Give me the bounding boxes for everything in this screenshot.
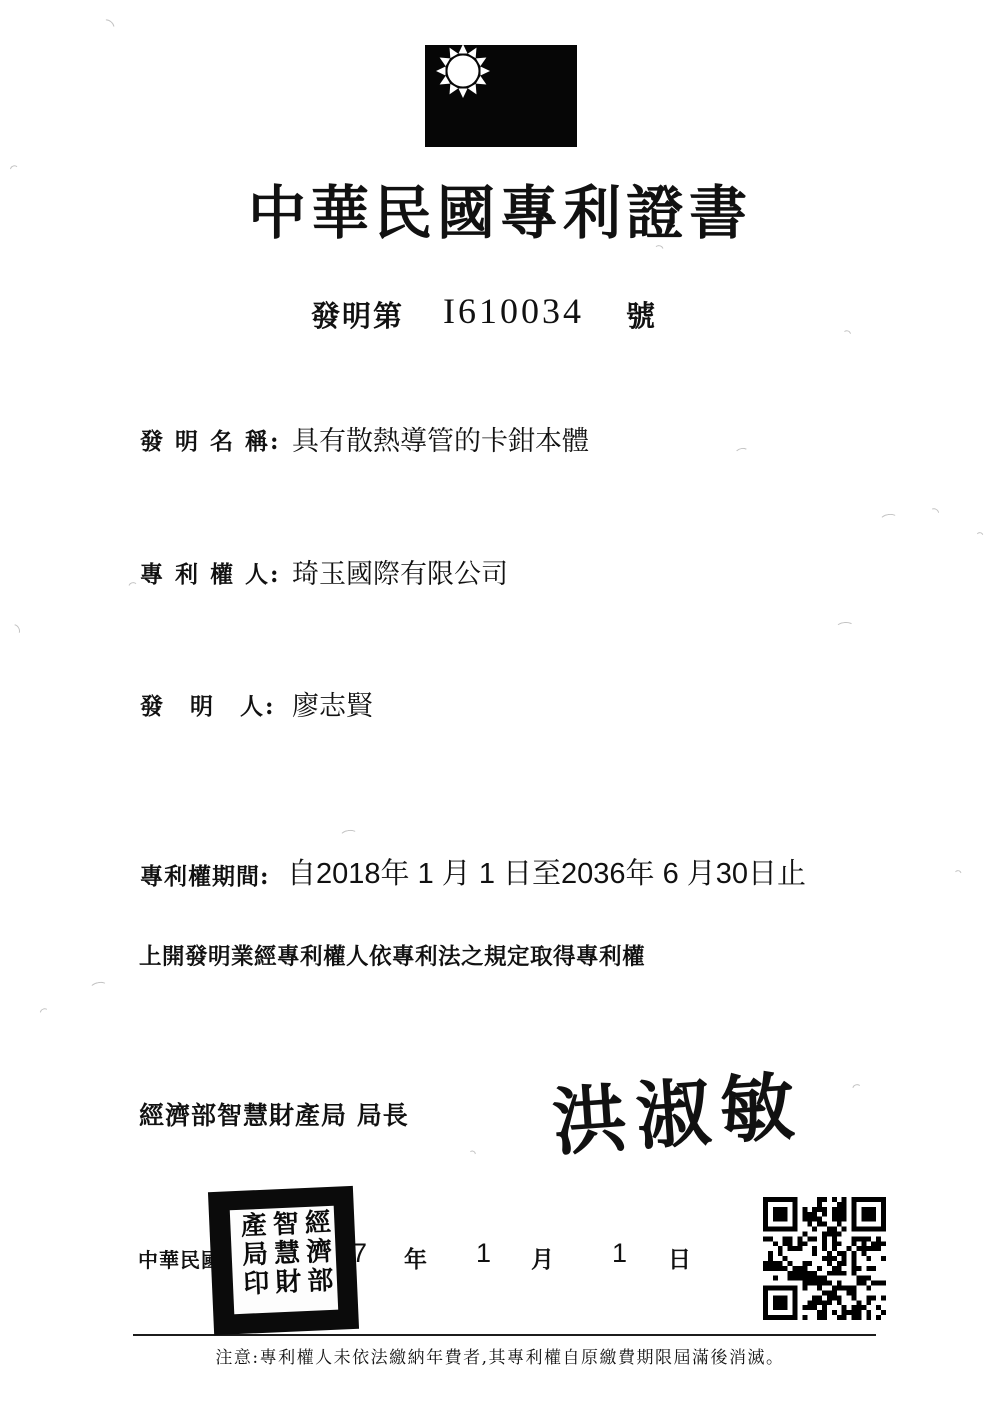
scan-artifact [37, 1006, 55, 1026]
scan-artifact [734, 447, 750, 459]
scan-artifact [838, 329, 854, 348]
scan-artifact [3, 621, 22, 640]
seal-inner-panel: 經濟部 智慧財 產局印 [230, 1206, 338, 1314]
scan-artifact [462, 1149, 479, 1170]
scan-artifact [924, 506, 941, 524]
date-day-value: 1 [612, 1238, 627, 1269]
qr-code-icon [763, 1197, 886, 1320]
scan-artifact [850, 1083, 866, 1102]
cert-number-prefix: 發明第 [311, 294, 404, 335]
seal-column-left: 產局印 [235, 1211, 269, 1312]
date-month-value: 1 [476, 1238, 491, 1269]
scan-artifact [950, 869, 963, 887]
invention-name-label: 發 明 名 稱: [140, 423, 281, 456]
date-day-unit: 日 [668, 1241, 691, 1274]
scan-artifact [339, 829, 358, 842]
director-signature: 洪淑敏 [549, 1047, 808, 1170]
seal-column-right: 經濟部 [299, 1208, 333, 1309]
term-value: 自2018年 1 月 1 日至2036年 6 月30日止 [287, 851, 806, 892]
date-year-unit: 年 [404, 1241, 427, 1274]
roc-flag [425, 45, 577, 147]
invention-name-value: 具有散熱導管的卡鉗本體 [292, 419, 589, 458]
date-month-unit: 月 [531, 1241, 554, 1274]
grant-statement: 上開發明業經專利權人依專利法之規定取得專利權 [139, 939, 645, 971]
patent-certificate-page: 中華民國專利證書 發明第 I610034 號 發 明 名 稱: 具有散熱導管的卡… [0, 0, 1000, 1415]
patentee-value: 琦玉國際有限公司 [292, 552, 508, 591]
inventor-value: 廖志賢 [292, 684, 373, 723]
date-prefix: 中華民國 [138, 1244, 222, 1273]
seal-column-middle: 智慧財 [267, 1209, 301, 1310]
footer-note: 注意:專利權人未依法繳納年費者,其專利權自原繳費期限屆滿後消滅。 [0, 1343, 1000, 1368]
certificate-title: 中華民國專利證書 [0, 166, 1000, 250]
scan-artifact [89, 981, 109, 995]
cert-number-suffix: 號 [626, 294, 655, 335]
scan-artifact [973, 531, 986, 548]
sun-emblem-icon [425, 45, 577, 147]
scan-artifact [98, 17, 117, 36]
issuer-title: 經濟部智慧財產局 局長 [139, 1096, 409, 1132]
term-label: 專利權期間: [140, 858, 270, 891]
footer-divider [133, 1334, 876, 1336]
patentee-label: 專 利 權 人: [140, 556, 281, 589]
official-seal-stamp: 經濟部 智慧財 產局印 [208, 1186, 359, 1335]
scan-artifact [836, 621, 855, 633]
inventor-label: 發 明 人: [140, 688, 276, 721]
qr-code [763, 1197, 886, 1320]
cert-number-value: I610034 [443, 290, 584, 332]
scan-artifact [879, 513, 898, 526]
